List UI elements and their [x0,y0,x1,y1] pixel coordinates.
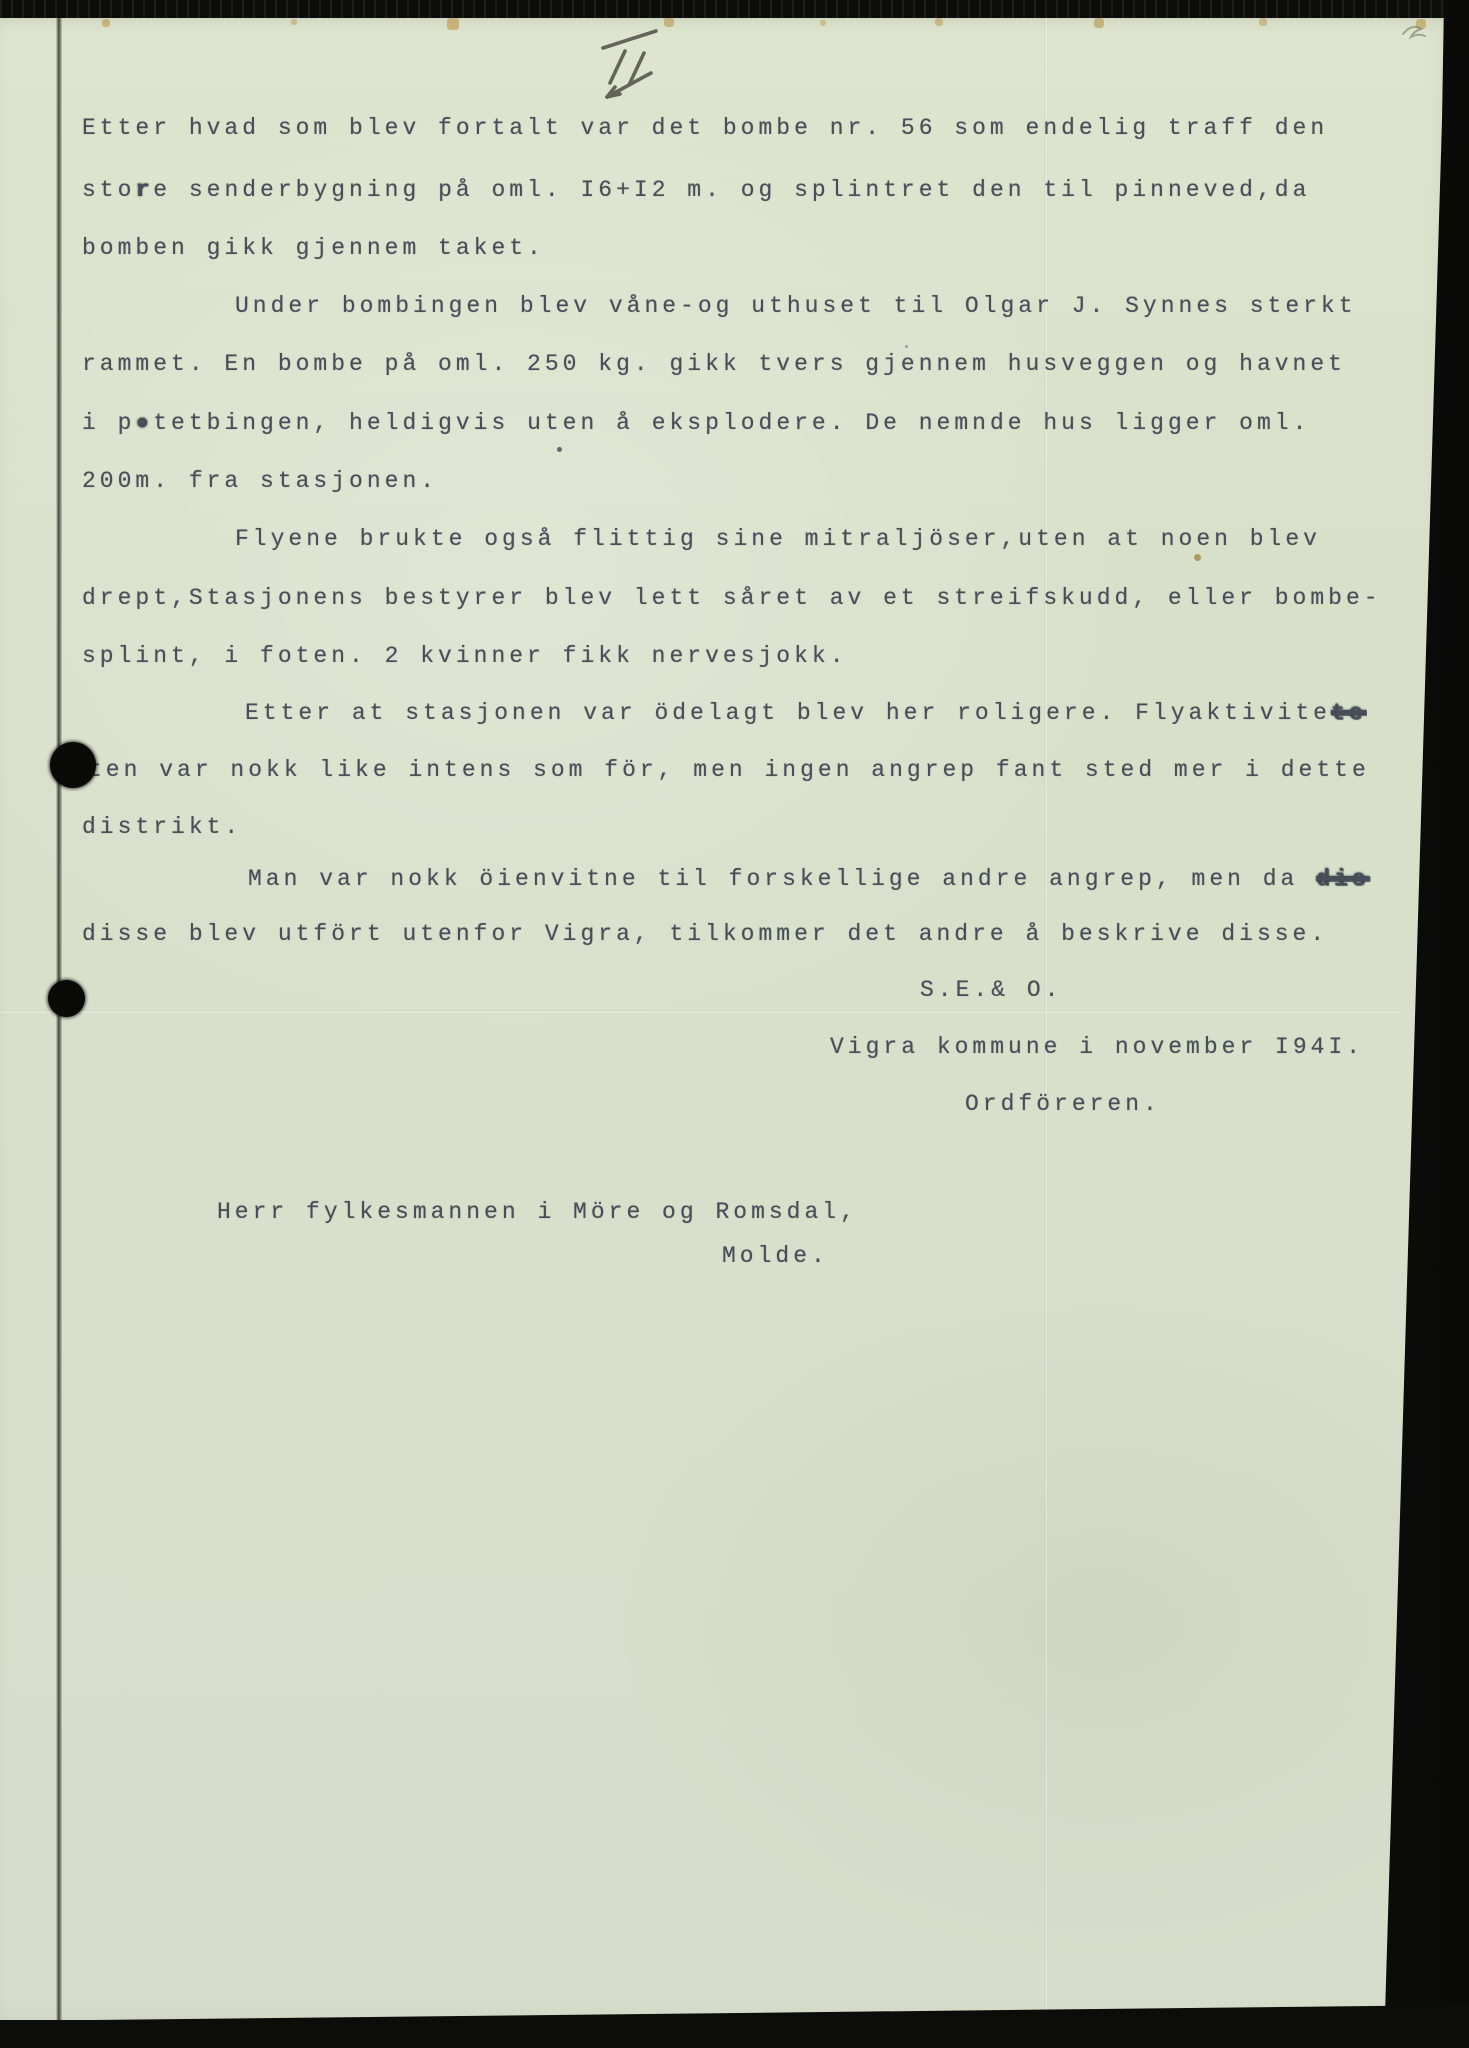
typewritten-segment: Flyene brukte også flittig sine mitraljö… [235,526,1321,552]
typewriter-correction: te [1331,700,1367,726]
punch-hole-top [50,742,96,788]
punch-hole-bottom [48,980,85,1017]
scanned-page: Etter hvad som blev fortalt var det bomb… [0,0,1469,2048]
handwritten-page-number-strokes [590,20,672,106]
typewritten-segment: sto [82,177,135,203]
pencil-squiggle-strokes [1398,18,1440,46]
typewritten-line: Herr fylkesmannen i Möre og Romsdal, [217,1199,858,1225]
typewriter-correction: r [135,177,153,203]
typewritten-line: bomben gikk gjennem taket. [82,235,545,261]
typewritten-line: splint, i foten. 2 kvinner fikk nervesjo… [82,643,848,669]
typewritten-line: Man var nokk öienvitne til forskellige a… [248,866,1370,892]
typewritten-segment: Under bombingen blev våne-og uthuset til… [235,293,1357,319]
typewritten-segment: e senderbygning på oml. I6+I2 m. og spli… [153,177,1310,203]
typewritten-line: rammet. En bombe på oml. 250 kg. gikk tv… [82,351,1346,377]
typewritten-segment: rammet. En bombe på oml. 250 kg. gikk tv… [82,351,1346,377]
typewritten-line: ten var nokk like intens som för, men in… [88,757,1370,783]
typewritten-segment: 200m. fra stasjonen. [82,468,438,494]
typewritten-line: 200m. fra stasjonen. [82,468,438,494]
typewritten-line: Ordföreren. [965,1091,1161,1117]
typewritten-line: Vigra kommune i november I94I. [830,1034,1364,1060]
typewritten-line: i p●tetbingen, heldigvis uten å eksplode… [82,410,1310,436]
typewriter-correction: dis [1316,866,1369,892]
typewritten-segment: splint, i foten. 2 kvinner fikk nervesjo… [82,643,848,669]
typewritten-segment: tetbingen, heldigvis uten å eksplodere. … [153,410,1310,436]
typewritten-segment: disse blev utfört utenfor Vigra, tilkomm… [82,921,1328,947]
typewritten-segment: bomben gikk gjennem taket. [82,235,545,261]
typewritten-line: disse blev utfört utenfor Vigra, tilkomm… [82,921,1328,947]
typewritten-segment: drept,Stasjonens bestyrer blev lett såre… [82,585,1382,611]
typewritten-line: S.E.& O. [920,977,1062,1003]
typewritten-line: Etter at stasjonen var ödelagt blev her … [245,700,1367,726]
typewritten-line: Molde. [722,1243,829,1269]
handwritten-page-number: II [590,20,672,106]
typewritten-segment: Etter at stasjonen var ödelagt blev her … [245,700,1331,726]
typewritten-line: Under bombingen blev våne-og uthuset til… [235,293,1357,319]
typewritten-line: Flyene brukte også flittig sine mitraljö… [235,526,1321,552]
typewritten-segment: Vigra kommune i november I94I. [830,1034,1364,1060]
typewritten-segment: Ordföreren. [965,1091,1161,1117]
typewritten-segment: Etter hvad som blev fortalt var det bomb… [82,115,1328,141]
typewritten-line: store senderbygning på oml. I6+I2 m. og … [82,177,1310,203]
typewritten-line: distrikt. [82,814,242,840]
pencil-squiggle-mark [1398,18,1440,46]
typewritten-segment: i p [82,410,135,436]
typewritten-segment: Herr fylkesmannen i Möre og Romsdal, [217,1199,858,1225]
typewritten-segment: S.E.& O. [920,977,1062,1003]
typewritten-segment: ten var nokk like intens som för, men in… [88,757,1370,783]
typewriter-correction: ● [135,410,153,436]
scan-border-top [0,0,1469,18]
typewritten-line: Etter hvad som blev fortalt var det bomb… [82,115,1328,141]
typewritten-segment: distrikt. [82,814,242,840]
typewritten-text-layer: Etter hvad som blev fortalt var det bomb… [0,0,1469,2048]
typewritten-segment: Man var nokk öienvitne til forskellige a… [248,866,1316,892]
typewritten-segment: Molde. [722,1243,829,1269]
typewritten-line: drept,Stasjonens bestyrer blev lett såre… [82,585,1382,611]
